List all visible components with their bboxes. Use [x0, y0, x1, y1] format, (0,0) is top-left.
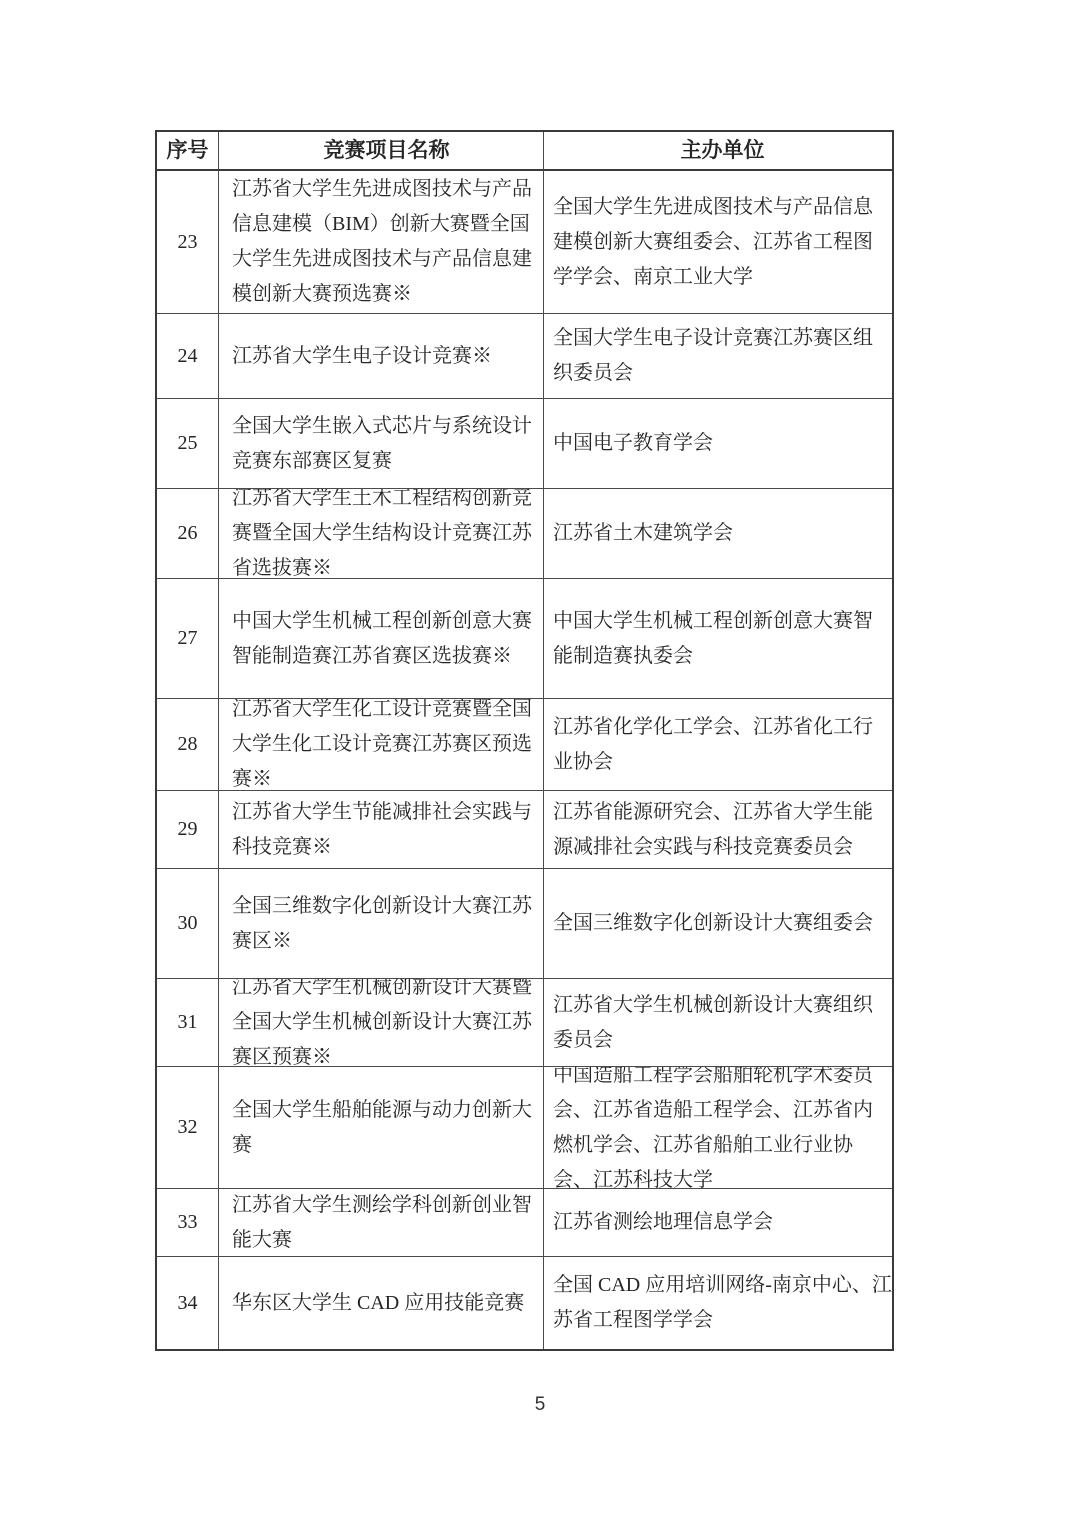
cell-organizer: 江苏省土木建筑学会	[544, 489, 892, 579]
cell-organizer: 中国造船工程学会船舶轮机学术委员会、江苏省造船工程学会、江苏省内燃机学会、江苏省…	[544, 1067, 892, 1189]
cell-name: 江苏省大学生节能减排社会实践与科技竞赛※	[219, 791, 544, 869]
cell-name: 华东区大学生 CAD 应用技能竞赛	[219, 1257, 544, 1349]
document-page: 序号 竞赛项目名称 主办单位 23 江苏省大学生先进成图技术与产品信息建模（BI…	[0, 0, 1080, 1527]
header-no: 序号	[157, 132, 219, 171]
cell-organizer: 江苏省能源研究会、江苏省大学生能源减排社会实践与科技竞赛委员会	[544, 791, 892, 869]
table-row: 23 江苏省大学生先进成图技术与产品信息建模（BIM）创新大赛暨全国大学生先进成…	[157, 171, 892, 314]
table-row: 34 华东区大学生 CAD 应用技能竞赛 全国 CAD 应用培训网络-南京中心、…	[157, 1257, 892, 1349]
cell-no: 31	[157, 979, 219, 1067]
cell-no: 29	[157, 791, 219, 869]
cell-organizer: 全国三维数字化创新设计大赛组委会	[544, 869, 892, 979]
page-number: 5	[0, 1394, 1080, 1416]
cell-name: 江苏省大学生化工设计竞赛暨全国大学生化工设计竞赛江苏赛区预选赛※	[219, 699, 544, 791]
cell-no: 30	[157, 869, 219, 979]
table-row: 26 江苏省大学生土木工程结构创新竞赛暨全国大学生结构设计竞赛江苏省选拔赛※ 江…	[157, 489, 892, 579]
table-row: 31 江苏省大学生机械创新设计大赛暨全国大学生机械创新设计大赛江苏赛区预赛※ 江…	[157, 979, 892, 1067]
table-row: 24 江苏省大学生电子设计竞赛※ 全国大学生电子设计竞赛江苏赛区组织委员会	[157, 314, 892, 399]
cell-name: 全国大学生嵌入式芯片与系统设计竞赛东部赛区复赛	[219, 399, 544, 489]
cell-no: 27	[157, 579, 219, 699]
cell-no: 33	[157, 1189, 219, 1257]
cell-name: 江苏省大学生测绘学科创新创业智能大赛	[219, 1189, 544, 1257]
cell-name: 中国大学生机械工程创新创意大赛智能制造赛江苏省赛区选拔赛※	[219, 579, 544, 699]
header-organizer: 主办单位	[544, 132, 892, 171]
table-row: 29 江苏省大学生节能减排社会实践与科技竞赛※ 江苏省能源研究会、江苏省大学生能…	[157, 791, 892, 869]
cell-no: 28	[157, 699, 219, 791]
cell-organizer: 中国电子教育学会	[544, 399, 892, 489]
cell-no: 24	[157, 314, 219, 399]
table-row: 25 全国大学生嵌入式芯片与系统设计竞赛东部赛区复赛 中国电子教育学会	[157, 399, 892, 489]
cell-no: 25	[157, 399, 219, 489]
cell-organizer: 中国大学生机械工程创新创意大赛智能制造赛执委会	[544, 579, 892, 699]
cell-no: 34	[157, 1257, 219, 1349]
table-row: 27 中国大学生机械工程创新创意大赛智能制造赛江苏省赛区选拔赛※ 中国大学生机械…	[157, 579, 892, 699]
table-row: 32 全国大学生船舶能源与动力创新大赛 中国造船工程学会船舶轮机学术委员会、江苏…	[157, 1067, 892, 1189]
table-row: 30 全国三维数字化创新设计大赛江苏赛区※ 全国三维数字化创新设计大赛组委会	[157, 869, 892, 979]
cell-no: 23	[157, 171, 219, 314]
cell-organizer: 江苏省大学生机械创新设计大赛组织委员会	[544, 979, 892, 1067]
cell-name: 全国大学生船舶能源与动力创新大赛	[219, 1067, 544, 1189]
header-name: 竞赛项目名称	[219, 132, 544, 171]
cell-organizer: 全国大学生电子设计竞赛江苏赛区组织委员会	[544, 314, 892, 399]
cell-no: 32	[157, 1067, 219, 1189]
cell-name: 江苏省大学生机械创新设计大赛暨全国大学生机械创新设计大赛江苏赛区预赛※	[219, 979, 544, 1067]
cell-name: 江苏省大学生土木工程结构创新竞赛暨全国大学生结构设计竞赛江苏省选拔赛※	[219, 489, 544, 579]
cell-no: 26	[157, 489, 219, 579]
table-row: 28 江苏省大学生化工设计竞赛暨全国大学生化工设计竞赛江苏赛区预选赛※ 江苏省化…	[157, 699, 892, 791]
cell-organizer: 全国大学生先进成图技术与产品信息建模创新大赛组委会、江苏省工程图学学会、南京工业…	[544, 171, 892, 314]
competition-table: 序号 竞赛项目名称 主办单位 23 江苏省大学生先进成图技术与产品信息建模（BI…	[155, 130, 894, 1351]
table-header-row: 序号 竞赛项目名称 主办单位	[157, 132, 892, 171]
table-row: 33 江苏省大学生测绘学科创新创业智能大赛 江苏省测绘地理信息学会	[157, 1189, 892, 1257]
cell-organizer: 江苏省化学化工学会、江苏省化工行业协会	[544, 699, 892, 791]
cell-name: 江苏省大学生先进成图技术与产品信息建模（BIM）创新大赛暨全国大学生先进成图技术…	[219, 171, 544, 314]
cell-name: 江苏省大学生电子设计竞赛※	[219, 314, 544, 399]
cell-name: 全国三维数字化创新设计大赛江苏赛区※	[219, 869, 544, 979]
cell-organizer: 全国 CAD 应用培训网络-南京中心、江苏省工程图学学会	[544, 1257, 892, 1349]
cell-organizer: 江苏省测绘地理信息学会	[544, 1189, 892, 1257]
